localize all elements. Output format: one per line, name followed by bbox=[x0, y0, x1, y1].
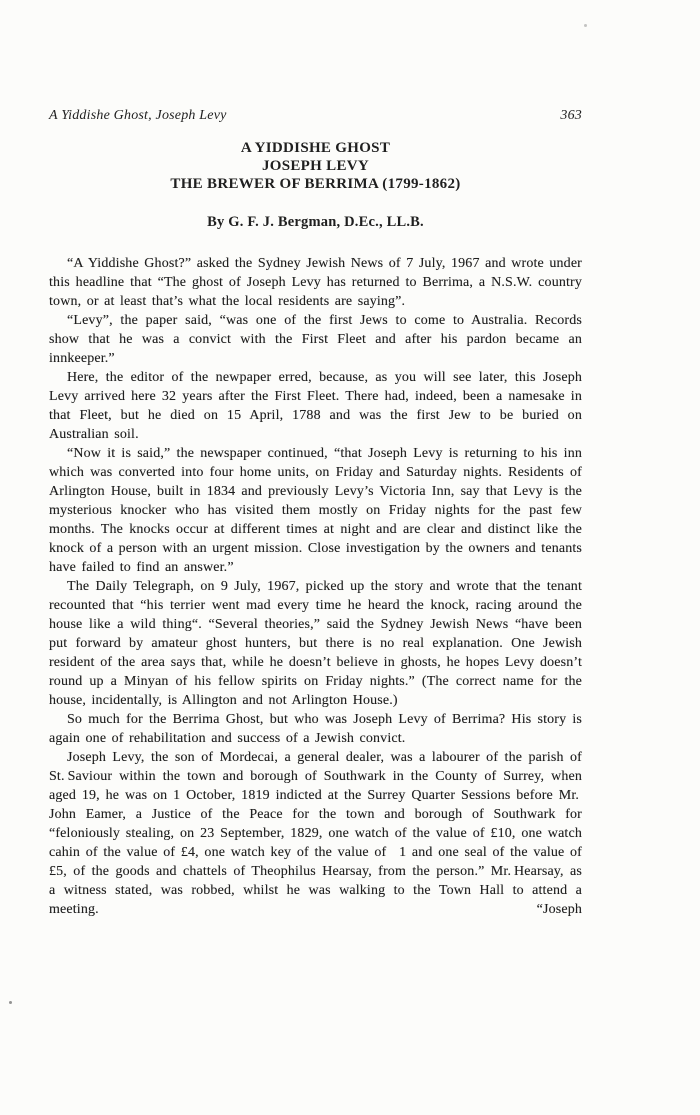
paragraph: The Daily Telegraph, on 9 July, 1967, pi… bbox=[49, 577, 582, 710]
page-number: 363 bbox=[560, 108, 582, 124]
paragraph: Joseph Levy, the son of Mordecai, a gene… bbox=[49, 748, 582, 919]
byline: By G. F. J. Bergman, D.Ec., LL.B. bbox=[49, 214, 582, 231]
scan-speck bbox=[9, 1001, 12, 1004]
article-title-line-2: JOSEPH LEVY bbox=[49, 157, 582, 175]
article-body: “A Yiddishe Ghost?” asked the Sydney Jew… bbox=[49, 254, 582, 919]
article-title: A YIDDISHE GHOST JOSEPH LEVY THE BREWER … bbox=[49, 139, 582, 193]
paragraph: Here, the editor of the newpaper erred, … bbox=[49, 368, 582, 444]
paragraph: “Now it is said,” the newspaper continue… bbox=[49, 444, 582, 577]
scan-speck bbox=[584, 24, 587, 27]
paragraph: “A Yiddishe Ghost?” asked the Sydney Jew… bbox=[49, 254, 582, 311]
running-header: A Yiddishe Ghost, Joseph Levy 363 bbox=[49, 108, 582, 124]
page-body: A Yiddishe Ghost, Joseph Levy 363 A YIDD… bbox=[49, 0, 582, 919]
paragraph: “Levy”, the paper said, “was one of the … bbox=[49, 311, 582, 368]
running-header-title: A Yiddishe Ghost, Joseph Levy bbox=[49, 108, 227, 124]
article-title-line-1: A YIDDISHE GHOST bbox=[49, 139, 582, 157]
scanned-document-page: { "article": { "running_header": "A Yidd… bbox=[0, 0, 700, 1115]
paragraph: So much for the Berrima Ghost, but who w… bbox=[49, 710, 582, 748]
article-title-line-3: THE BREWER OF BERRIMA (1799-1862) bbox=[49, 175, 582, 193]
